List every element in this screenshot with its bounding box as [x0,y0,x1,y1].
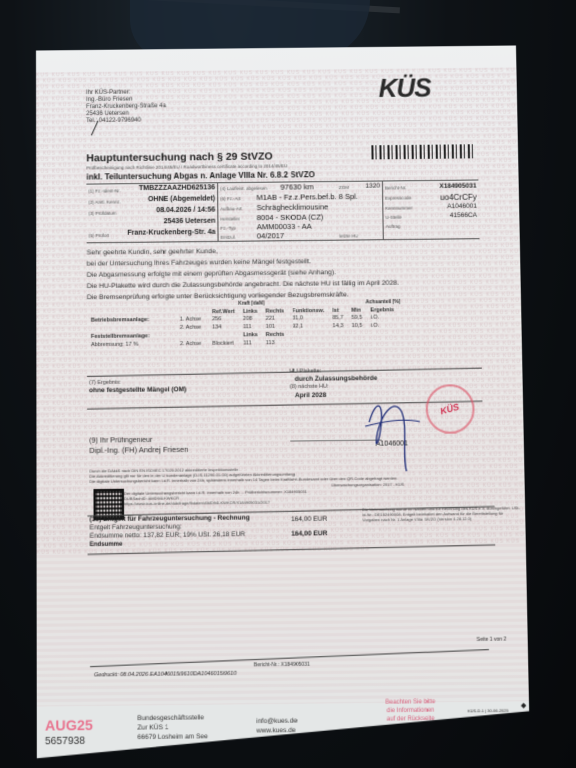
kus-stamp: KÜS [425,384,475,434]
table-cell: 113 [262,339,289,347]
field-label: (1) Fz.-Ident-Nr. [88,188,120,193]
location-value: Franz-Kruckenberg-Str. 4a [127,229,215,237]
letter-body: Sehr geehrte Kundin, sehr geehrter Kunde… [87,244,400,303]
digital-report-info: Der digitale Untersuchungsbericht kann i… [124,489,307,506]
field-label: (3) Prüfdatum [89,211,117,216]
table-cell: 85,7 [328,314,347,322]
info-row: (1) Fz.-Ident-Nr.TMBZZZAAZHD625136 [88,187,215,193]
note-line: auf der Rückseite [386,715,436,724]
vehicle-id-column: (1) Fz.-Ident-Nr.TMBZZZAAZHD625136 (2) A… [86,183,218,242]
force-group-label: Kraft [daN] [238,300,264,306]
column-header: Rechts [262,331,289,339]
info-row: (3) Prüfdatum08.04.2026 / 14:56 [89,210,216,216]
column-header: Funktionsw. [288,308,328,315]
office-address: Bundesgeschäftsstelle Zur KÜS 1 66679 Lo… [137,713,208,742]
next-hu-value: April 2028 [295,392,327,400]
axle-group-label: Achsanteil [%] [365,299,400,305]
field-label: ZGM [339,185,349,190]
field-label: Expresscode [385,195,411,200]
field-label: (6) Fz.-Art [220,196,240,201]
vin-value: TMBZZZAAZHD625136 [139,184,215,192]
plakette-label: HU-Plakette: [289,368,321,374]
info-row: (6) Fz.-ArtM1AB - Fz.z.Pers.bef.b. 8 Spl… [220,195,380,202]
serial-number: 5657938 [45,735,85,747]
invoice-line: Entgelt Fahrzeuguntersuchung: [90,523,182,531]
signature [361,391,423,474]
table-cell: 221 [262,314,289,322]
partner-address: Ihr KÜS-Partner: Ing.-Büro Friesen Franz… [86,89,166,125]
zgm-value: 1320 [365,183,380,190]
form-code: AUG25 [45,716,93,733]
vehicle-type-value: AMM00033 - AA [257,222,312,232]
table-cell: 10,5 [347,322,366,330]
invoice-total-label: Endsumme [90,542,123,549]
partner-line: Tel.: 04122-9796940 [86,117,166,125]
mileage-value: 97630 km [280,182,313,191]
result-value: ohne festgestellte Mängel (OM) [89,386,186,394]
first-registration-value: 04/2017 [257,231,284,240]
plakette-value: durch Zulassungsbehörde [295,375,378,383]
footer-report-number: Bericht-Nr.: X184905031 [254,662,310,669]
column-header: Ergebnis [366,307,398,313]
column-header: Links [239,331,262,339]
field-label: Hersteller [220,216,239,221]
info-row: Fz.-TypAMM00033 - AA [220,224,380,231]
deceleration-value: Abbremsung: 17 % [87,340,176,349]
inspection-document: KÜS KÜS KÜS KÜS KÜS KÜS KÜS KÜS KÜS KÜS … [36,45,530,759]
invoice-amount: 164,00 EUR [291,516,327,524]
info-row: (2) Amtl. Kennz.OHNE (Abgemeldet) [88,198,215,204]
info-row: Bericht-Nr.X184905031 [385,185,477,191]
vehicle-details-column: (4) Laufleist. abgelesen97630 kmZGM1320 … [218,182,384,241]
engineer-label: (9) Ihr Prüfingenieur [89,437,152,445]
document-title: Hauptuntersuchung nach § 29 StVZO [86,150,272,164]
info-row: 25436 Uetersen [89,221,216,222]
field-label: letzte HU [339,233,358,238]
field-label: (2) Amtl. Kennz. [88,199,120,204]
overseer: Überwachungsorganisation: 2017 - KÜS [331,482,404,488]
table-cell: Blockiert [208,339,239,348]
field-label: (5) Prüfort [89,233,109,238]
info-row: Aufbau-ArtSchrägheckl­imousine [220,205,380,212]
kus-logo: KÜS [378,72,430,104]
vehicle-info-table: (1) Fz.-Ident-Nr.TMBZZZAAZHD625136 (2) A… [86,179,479,243]
field-label: (4) Laufleist. abgelesen [220,186,267,192]
table-cell: 2. Achse [176,340,208,349]
date-value: 08.04.2026 / 14:56 [156,207,215,215]
next-hu-label: (8) nächste HU: [290,384,329,391]
diamond-icon: ◆ [521,701,527,709]
address-line: 66679 Losheim am See [137,732,208,742]
field-label: Bericht-Nr. [385,185,406,190]
address-line: Bundesgeschäftsstelle [137,713,208,723]
body-type-value: Schrägheckl­imousine [256,202,328,212]
express-code-value: uo4CrCFy [440,193,477,202]
field-label: U-Stelle [385,215,401,220]
website-link[interactable]: www.kues.de [256,726,297,736]
table-cell: 101 [262,323,289,331]
info-row: U-Stelle41566CA [385,214,477,220]
page-number: Seite 1 von 2 [477,636,507,643]
field-label: Fz.-Typ [220,226,235,231]
field-label: Auftrag [386,224,401,229]
field-label: Aufbau-Art [220,206,242,211]
report-number-value: X184905031 [439,183,476,190]
info-row: (5) PrüfortFranz-Kruckenberg-Str. 4a [89,232,216,238]
table-cell: 111 [239,323,262,331]
info-row: (4) Laufleist. abgelesen97630 kmZGM1320 [220,185,380,192]
manufacturer-value: 8004 - SKODA (CZ) [257,212,324,222]
engineer-name: Dipl.-Ing. (FH) Andrej Friesen [89,445,188,455]
email-link[interactable]: info@kues.de [256,716,297,726]
info-row: Erstzul.04/2017letzte HU [221,233,381,240]
plate-value: OHNE (Abgemeldet) [148,195,215,203]
id-number-value: A1046001 [447,203,477,210]
column-header: Ref.Wert [208,309,239,315]
barcode [371,144,474,159]
city-value: 25436 Uetersen [164,218,216,226]
u-stelle-value: 41566CA [450,212,477,219]
back-side-note: Beachten Sie bitte die Informationen auf… [385,698,435,724]
form-id: KÜS-D-1 | 30-06-2025 [468,708,509,714]
table-cell: 111 [239,339,262,347]
table-cell: 208 [239,315,262,323]
invoice-total: 164,00 EUR [291,530,327,538]
info-row: KennnummerA1046001 [385,205,477,211]
report-column: Bericht-Nr.X184905031 Expresscodeuo4CrCF… [383,180,480,239]
result-label: (7) Ergebnis: [89,380,121,386]
contact-info: info@kues.de www.kues.de [256,716,297,735]
vehicle-class-value: M1AB - Fz.z.Pers.bef.b. 8 Spl. [256,192,358,202]
info-row: Auftrag [386,223,478,229]
stamp-text: KÜS [439,401,460,416]
field-label: Erstzul. [221,235,236,240]
info-row: Hersteller8004 - SKODA (CZ) [220,215,380,222]
table-cell: 59,5 [347,314,366,322]
invoice-note: Die Untersuchung wurde im Namen und für … [362,505,520,522]
info-row: Expresscodeuo4CrCFy [385,195,477,201]
table-cell: 14,3 [329,322,348,330]
field-label: Kennnummer [385,205,412,210]
